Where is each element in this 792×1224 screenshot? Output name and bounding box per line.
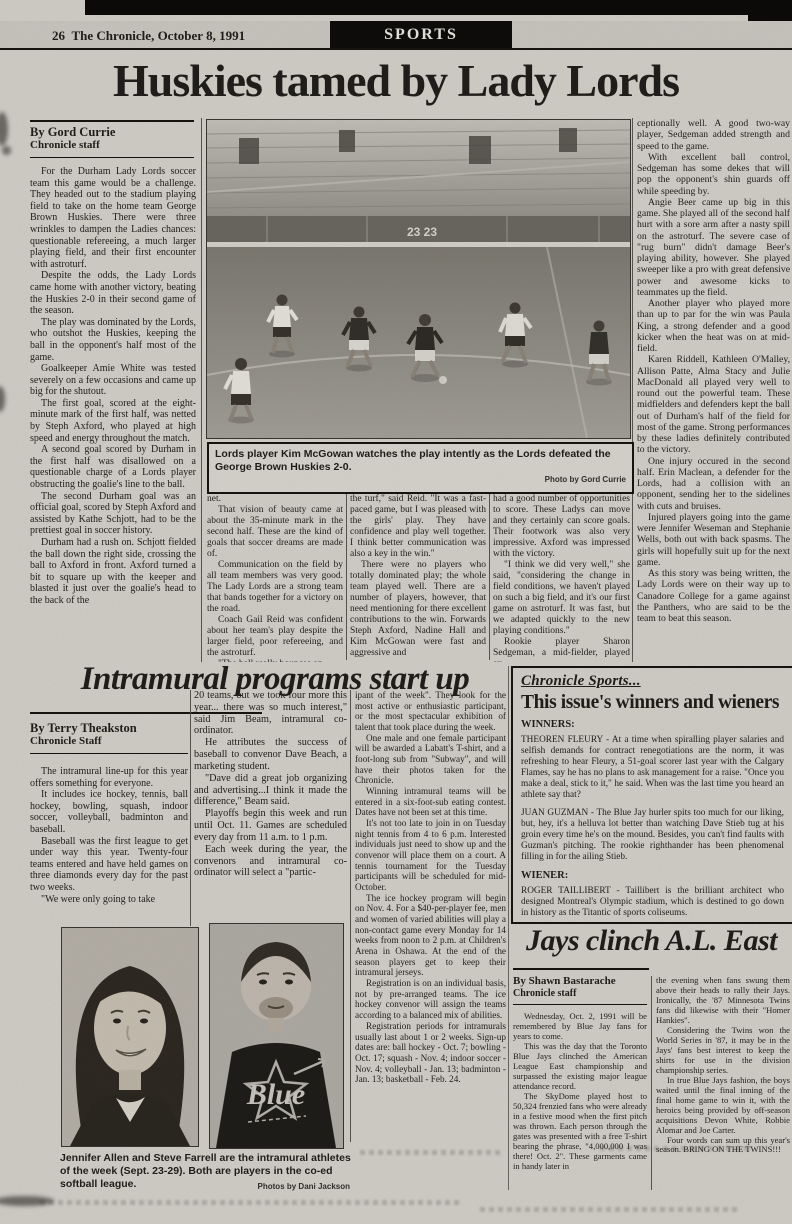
- paragraph: As this story was being written, the Lad…: [637, 568, 790, 624]
- jennifer-portrait-art: [62, 928, 198, 1146]
- paragraph: Baseball was the first league to get und…: [30, 836, 188, 894]
- athlete-photo-jennifer: [62, 928, 198, 1146]
- paragraph: Registration periods for intramurals usu…: [355, 1021, 506, 1085]
- winners-entries: THEOREN FLEURY - At a time when spiralli…: [521, 735, 784, 863]
- paragraph: With excellent ball control, Sedgeman ha…: [637, 152, 790, 197]
- paragraph: Karen Riddell, Kathleen O'Malley, Alliso…: [637, 354, 790, 455]
- paragraph: Coach Gail Reid was confident about her …: [207, 615, 343, 659]
- huskies-col4: had a good number of opportunities to sc…: [493, 494, 630, 662]
- athlete-photo-credit: Photos by Dani Jackson: [150, 1182, 350, 1191]
- wiener-label: WIENER:: [521, 870, 784, 881]
- paragraph: The first goal, scored at the eight-minu…: [30, 398, 196, 444]
- paragraph: For the Durham Lady Lords soccer team th…: [30, 166, 196, 270]
- jays-headline: Jays clinch A.L. East: [511, 922, 792, 964]
- paragraph: Durham had a rush on. Schjott fielded th…: [30, 537, 196, 607]
- paragraph: There were no players who totally domina…: [350, 560, 486, 659]
- byline-name: By Terry Theakston: [30, 721, 188, 735]
- headline-underline: [513, 968, 649, 970]
- winners-box-headline: This issue's winners and wieners: [521, 693, 784, 713]
- column-rule: [651, 976, 652, 1190]
- byline-shawn-bastarache: By Shawn Bastarache Chronicle staff: [513, 972, 647, 1005]
- page-number: 26: [52, 28, 65, 43]
- paragraph: Despite the odds, the Lady Lords came ho…: [30, 270, 196, 316]
- paragraph: Wednesday, Oct. 2, 1991 will be remember…: [513, 1012, 647, 1042]
- intramural-col2: 20 teams, but we took four more this yea…: [194, 690, 347, 926]
- paragraph: One injury occured in the second half. E…: [637, 456, 790, 512]
- masthead: The Chronicle, October 8, 1991: [72, 28, 246, 43]
- huskies-col1: For the Durham Lady Lords soccer team th…: [30, 166, 196, 662]
- match-photo-caption-box: Lords player Kim McGowan watches the pla…: [207, 442, 634, 494]
- print-ghosting: [40, 1200, 460, 1205]
- jays-col1: Wednesday, Oct. 2, 1991 will be remember…: [513, 1012, 647, 1192]
- scan-top-bar: [85, 0, 792, 15]
- byline-role: Chronicle staff: [30, 139, 194, 152]
- paragraph: That vision of beauty came at about the …: [207, 505, 343, 560]
- paragraph: The ice hockey program will begin on Nov…: [355, 893, 506, 978]
- paragraph: 20 teams, but we took four more this yea…: [194, 690, 347, 737]
- sports-banner: SPORTS: [330, 21, 512, 49]
- paragraph: The second Durham goal was an official g…: [30, 491, 196, 537]
- paragraph: "Dave did a great job organizing and adv…: [194, 773, 347, 808]
- paragraph: Rookie player Sharon Sedgeman, a mid-fie…: [493, 637, 630, 662]
- column-rule: [350, 690, 351, 1142]
- match-photo-art: 23 23: [207, 120, 630, 438]
- byline-gord-currie: By Gord Currie Chronicle staff: [30, 120, 194, 158]
- match-photo-credit: Photo by Gord Currie: [215, 475, 626, 485]
- wiener-entries: ROGER TAILLIBERT - Taillibert is the bri…: [521, 886, 784, 919]
- match-photo: 23 23: [207, 120, 630, 438]
- jays-col2: the evening when fans swung them above t…: [656, 976, 790, 1190]
- paragraph: ipant of the week". They look for the mo…: [355, 690, 506, 733]
- paragraph: THEOREN FLEURY - At a time when spiralli…: [521, 735, 784, 801]
- column-rule: [489, 494, 490, 660]
- column-rule: [346, 494, 347, 660]
- paragraph: Registration is on an individual basis, …: [355, 978, 506, 1021]
- header-rule: [0, 48, 792, 50]
- paragraph: This was the day that the Toronto Blue J…: [513, 1042, 647, 1092]
- paragraph: Injured players going into the game were…: [637, 512, 790, 568]
- paragraph: It includes ice hockey, tennis, ball hoc…: [30, 789, 188, 835]
- huskies-col5: ceptionally well. A good two-way player,…: [637, 118, 790, 664]
- paragraph: net.: [207, 494, 343, 505]
- ad-board-numbers: 23 23: [407, 225, 437, 239]
- column-rule: [201, 118, 202, 662]
- byline-name: By Shawn Bastarache: [513, 975, 647, 988]
- main-headline: Huskies tamed by Lady Lords: [40, 56, 752, 116]
- paragraph: "We were only going to take: [30, 894, 188, 906]
- print-ghosting: [360, 1150, 500, 1155]
- paragraph: The SkyDome played host to 50,324 frenzi…: [513, 1092, 647, 1172]
- print-ghosting: [480, 1207, 740, 1212]
- paragraph: The intramural line-up for this year off…: [30, 766, 188, 789]
- paragraph: JUAN GUZMAN - The Blue Jay hurler spits …: [521, 808, 784, 863]
- winners-label: WINNERS:: [521, 719, 784, 730]
- column-rule: [632, 118, 633, 662]
- paragraph: In true Blue Jays fashion, the boys wait…: [656, 1076, 790, 1136]
- newspaper-page: { "page": { "page_number": "26", "masthe…: [0, 0, 792, 1224]
- scan-blot: [0, 112, 8, 146]
- paragraph: The play was dominated by the Lords, who…: [30, 317, 196, 363]
- paragraph: ROGER TAILLIBERT - Taillibert is the bri…: [521, 886, 784, 919]
- shirt-logo-text: Blue: [246, 1078, 305, 1111]
- paragraph: the turf," said Reid. "It was a fast-pac…: [350, 494, 486, 560]
- paragraph: Goalkeeper Amie White was tested severel…: [30, 363, 196, 398]
- byline-role: Chronicle Staff: [30, 735, 188, 748]
- huskies-col3: the turf," said Reid. "It was a fast-pac…: [350, 494, 486, 662]
- byline-terry-theakston: By Terry Theakston Chronicle Staff: [30, 718, 188, 754]
- scan-blot: [2, 146, 11, 155]
- paragraph: A second goal scored by Durham in the fi…: [30, 444, 196, 490]
- section-rule: [508, 666, 509, 1190]
- paragraph: had a good number of opportunities to sc…: [493, 494, 630, 560]
- paragraph: He attributes the success of baseball to…: [194, 737, 347, 772]
- intramural-col3: ipant of the week". They look for the mo…: [355, 690, 506, 1142]
- paragraph: Considering the Twins won the World Seri…: [656, 1026, 790, 1076]
- paragraph: Angie Beer came up big in this game. She…: [637, 197, 790, 298]
- paragraph: Winning intramural teams will be entered…: [355, 786, 506, 818]
- section-label: SPORTS: [384, 26, 458, 44]
- byline-name: By Gord Currie: [30, 125, 194, 139]
- winners-box-kicker: Chronicle Sports...: [521, 673, 784, 690]
- paragraph: "I think we did very well," she said, "c…: [493, 560, 630, 637]
- byline-role: Chronicle staff: [513, 988, 647, 1000]
- print-ghosting: [600, 1146, 750, 1151]
- paragraph: Communication on the field by all team m…: [207, 560, 343, 615]
- scan-blot: [0, 386, 5, 412]
- column-rule: [190, 690, 191, 926]
- intramural-col1: The intramural line-up for this year off…: [30, 766, 188, 926]
- huskies-col2: net.That vision of beauty came at about …: [207, 494, 343, 662]
- paragraph: Another player who played more than up t…: [637, 298, 790, 354]
- match-photo-caption: Lords player Kim McGowan watches the pla…: [215, 448, 626, 473]
- paragraph: ceptionally well. A good two-way player,…: [637, 118, 790, 152]
- paragraph: the evening when fans swung them above t…: [656, 976, 790, 1026]
- paragraph: One male and one female participant will…: [355, 733, 506, 786]
- paragraph: Each week during the year, the convenors…: [194, 844, 347, 879]
- winners-and-wieners-box: Chronicle Sports... This issue's winners…: [511, 666, 792, 924]
- paragraph: It's not too late to join in on Tuesday …: [355, 818, 506, 893]
- paragraph: Playoffs begin this week and run until O…: [194, 808, 347, 843]
- folio-line: 26 The Chronicle, October 8, 1991: [52, 28, 245, 44]
- athlete-photo-steve: Blue: [210, 924, 343, 1148]
- steve-portrait-art: Blue: [210, 924, 343, 1148]
